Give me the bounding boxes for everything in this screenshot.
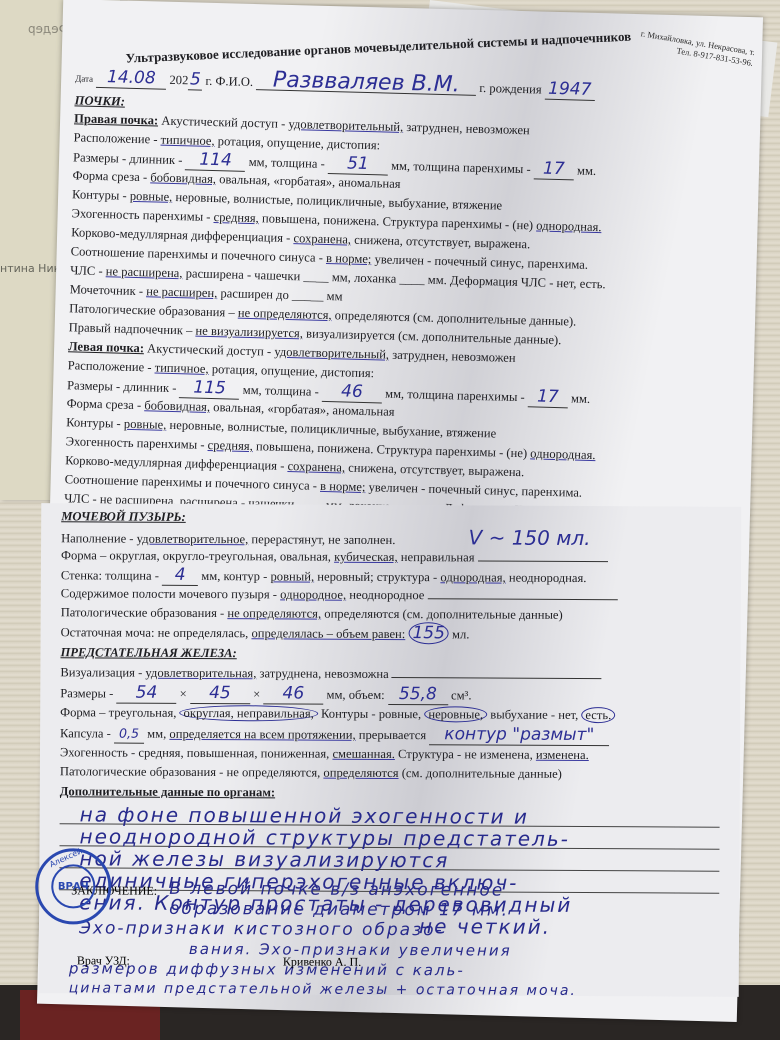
prostate-sizes: Размеры - 54 × 45 × 46 мм, объем: 55,8 с… bbox=[60, 683, 471, 705]
structure-selected[interactable]: изменена. bbox=[536, 748, 589, 762]
volume-field[interactable]: 55,8 bbox=[388, 685, 448, 706]
prostate-shape: Форма – треугольная, округлая, неправиль… bbox=[60, 703, 615, 725]
size-a-field[interactable]: 54 bbox=[116, 684, 176, 705]
form-title: Ультразвуковое исследование органов моче… bbox=[125, 27, 631, 68]
label: выбухание - нет, bbox=[490, 708, 578, 722]
label: Корково-медуллярная дифференциация - bbox=[71, 225, 291, 245]
structure-option[interactable]: однородная, bbox=[440, 570, 505, 584]
additional-heading: Дополнительные данные по органам: bbox=[60, 782, 275, 802]
options: овальная, «горбатая», аномальная bbox=[219, 172, 401, 191]
parenchyma-field[interactable]: 17 bbox=[534, 159, 575, 180]
selected-option[interactable]: типичное, bbox=[160, 133, 214, 148]
selected-option[interactable]: определяются bbox=[323, 766, 398, 780]
selected-option[interactable]: не расширена, bbox=[106, 264, 183, 280]
times: × bbox=[253, 687, 260, 701]
label: Структура - не изменена, bbox=[398, 747, 533, 762]
doctor-name: Кривенко А. П. bbox=[283, 954, 361, 968]
conclusion-line[interactable]: цинатами предстательной железы + остаточ… bbox=[69, 977, 719, 1002]
label: Размеры - длинник - bbox=[67, 378, 177, 395]
label: мм. bbox=[577, 164, 596, 178]
structure-option[interactable]: однородная. bbox=[530, 446, 596, 462]
selected-option[interactable]: типичное, bbox=[154, 361, 208, 376]
date-name-line: Дата 14.08 2025 г. Ф.И.О. Развваляев В.М… bbox=[75, 65, 595, 102]
label: Наполнение - bbox=[61, 531, 133, 545]
capsule-field[interactable]: 0,5 bbox=[114, 724, 144, 744]
label: мм, толщина - bbox=[243, 383, 319, 399]
year-prefix: 202 bbox=[169, 73, 188, 87]
options: снижена, отсутствует, выражена. bbox=[348, 461, 524, 480]
label: мм, контур - bbox=[201, 569, 267, 583]
options: неоднородная. bbox=[509, 571, 587, 585]
parenchyma-field[interactable]: 17 bbox=[528, 387, 569, 408]
label: Содержимое полости мочевого пузыря - bbox=[61, 586, 277, 601]
options: затруднен, невозможен bbox=[406, 120, 530, 137]
label: мм, bbox=[147, 727, 166, 741]
label: ЧЛС - bbox=[70, 263, 103, 278]
fio-label: г. Ф.И.О. bbox=[205, 74, 253, 89]
label: Патологические образования - не определя… bbox=[60, 764, 320, 779]
label: Эхогенность - средняя, повышенная, пониж… bbox=[60, 745, 329, 760]
shape-selected[interactable]: округлая, неправильная, bbox=[180, 705, 318, 722]
label: неровный; структура - bbox=[317, 570, 437, 585]
label: Размеры - bbox=[60, 686, 113, 700]
selected-option[interactable]: бобовидная, bbox=[150, 170, 216, 186]
selected-option[interactable]: удовлетворительный, bbox=[274, 345, 389, 362]
selected-option[interactable]: не определяются, bbox=[238, 306, 332, 322]
options: неоднородное bbox=[349, 588, 424, 602]
label: Эхогенность паренхимы - bbox=[66, 434, 205, 452]
label: мм. bbox=[571, 391, 590, 405]
label: Корково-медуллярная дифференциация - bbox=[65, 453, 285, 473]
selected-option[interactable]: сохранена, bbox=[287, 459, 345, 475]
form-lower: МОЧЕВОЙ ПУЗЫРЬ: Наполнение - удовлетвори… bbox=[39, 503, 742, 997]
bladder-residual: Остаточная моча: не определялась, опреде… bbox=[61, 622, 470, 644]
label: Форма среза - bbox=[67, 396, 142, 412]
size-c-field[interactable]: 46 bbox=[263, 684, 323, 705]
doctor-line: Врач УЗД: Кривенко А. П. bbox=[77, 953, 361, 969]
selected-option[interactable]: смешанная. bbox=[332, 747, 395, 761]
birth-year-field[interactable]: 1947 bbox=[545, 80, 596, 102]
options: расширен до _____ мм bbox=[220, 286, 342, 303]
selected-option[interactable]: удовлетворительный, bbox=[288, 117, 403, 134]
label: Контуры - bbox=[72, 187, 127, 202]
year-field[interactable]: 5 bbox=[188, 70, 203, 91]
label: Патологические образования - bbox=[61, 605, 225, 620]
label: мм, толщина паренхимы - bbox=[391, 159, 531, 177]
options: увеличен - почечный синус, паренхима. bbox=[368, 480, 582, 500]
right-kidney-heading: Правая почка: bbox=[74, 111, 158, 127]
options: (см. дополнительные данные) bbox=[402, 766, 562, 781]
residual-volume-field[interactable]: 155 bbox=[408, 622, 449, 644]
additional-notes[interactable]: на фоне повышенной эхогенности и неоднор… bbox=[60, 803, 720, 806]
selected-option[interactable]: не расширен, bbox=[146, 284, 218, 300]
selected-option[interactable]: удовлетворительная, bbox=[145, 666, 256, 681]
options: затруднена, невозможна bbox=[260, 666, 389, 681]
selected-option[interactable]: ровные, bbox=[130, 189, 173, 204]
label: Контуры - bbox=[66, 415, 121, 430]
doctor-stamp: Алексей ВРАЧ bbox=[35, 848, 111, 924]
options: определяются (см. дополнительные данные) bbox=[324, 607, 563, 622]
selected-option[interactable]: в норме; bbox=[326, 251, 372, 266]
structure-option[interactable]: однородная. bbox=[536, 218, 602, 234]
options: ротация, опущение, дистопия: bbox=[212, 362, 375, 380]
selected-option[interactable]: кубическая, bbox=[334, 550, 398, 564]
selected-option[interactable]: не определяются, bbox=[227, 606, 321, 620]
selected-option[interactable]: определяется на всем протяжении, bbox=[169, 727, 355, 742]
selected-option[interactable]: в норме; bbox=[320, 479, 366, 494]
label: Мочеточник - bbox=[69, 282, 143, 298]
label: Акустический доступ - bbox=[147, 341, 271, 358]
selected-option[interactable]: однородное, bbox=[280, 587, 346, 601]
size-b-field[interactable]: 45 bbox=[190, 684, 250, 705]
selected-option[interactable]: не визуализируется, bbox=[195, 324, 303, 341]
unit: мл. bbox=[452, 627, 469, 641]
options: перерастянут, не заполнен. bbox=[251, 532, 395, 547]
label: Визуализация - bbox=[60, 665, 142, 679]
wall-thickness-field[interactable]: 4 bbox=[162, 566, 198, 586]
doctor-label: Врач УЗД: bbox=[77, 953, 130, 967]
options: увеличен - почечный синус, паренхима. bbox=[374, 252, 588, 272]
clinic-address: г. Михайловка, ул. Некрасова, т. Тел. 8-… bbox=[638, 28, 756, 69]
contour-option[interactable]: ровный, bbox=[270, 569, 314, 583]
bladder-heading: МОЧЕВОЙ ПУЗЫРЬ: bbox=[61, 507, 186, 527]
label: Контуры - ровные, bbox=[321, 707, 421, 722]
label: мм, объем: bbox=[326, 688, 384, 702]
date-field[interactable]: 14.08 bbox=[96, 68, 167, 90]
options: овальная, «горбатая», аномальная bbox=[213, 400, 395, 419]
label: Расположение - bbox=[73, 130, 157, 146]
selected-option[interactable]: сохранена, bbox=[293, 231, 351, 247]
selected-option[interactable]: средняя, bbox=[207, 438, 253, 453]
stamp-role: ВРАЧ bbox=[51, 864, 95, 908]
options: прерывается bbox=[359, 728, 426, 742]
unit: см³. bbox=[451, 688, 472, 702]
label: Эхогенность паренхимы - bbox=[71, 206, 210, 224]
bulge-selected[interactable]: есть. bbox=[581, 707, 615, 723]
prostate-heading: ПРЕДСТАТЕЛЬНАЯ ЖЕЛЕЗА: bbox=[60, 643, 236, 663]
date-label: Дата bbox=[75, 73, 93, 83]
label: Размеры - длинник - bbox=[73, 150, 183, 167]
label: Патологические образования – bbox=[69, 301, 235, 319]
blank-line[interactable] bbox=[478, 560, 608, 562]
selected-option[interactable]: средняя, bbox=[213, 210, 259, 225]
capsule-note[interactable]: контур "размыт" bbox=[429, 725, 609, 746]
selected-option[interactable]: определялась – объем равен: bbox=[251, 626, 405, 641]
selected-option[interactable]: бобовидная, bbox=[144, 398, 210, 414]
left-kidney-heading: Левая почка: bbox=[68, 339, 144, 355]
label: Форма среза - bbox=[72, 168, 147, 184]
contour-selected[interactable]: неровные, bbox=[424, 706, 487, 722]
options: неправильная bbox=[401, 550, 475, 564]
label: Расположение - bbox=[68, 358, 152, 374]
label: Капсула - bbox=[60, 726, 111, 740]
prostate-pathology: Патологические образования - не определя… bbox=[60, 762, 562, 784]
options: ротация, опущение, дистопия: bbox=[218, 134, 381, 152]
blank-line[interactable] bbox=[392, 677, 602, 679]
label: Остаточная моча: не определялась, bbox=[61, 625, 249, 640]
label: Стенка: толщина - bbox=[61, 568, 159, 583]
birth-label: г. рождения bbox=[479, 81, 542, 97]
label: мм, толщина - bbox=[249, 155, 325, 171]
times: × bbox=[180, 687, 187, 701]
label: Форма – треугольная, bbox=[60, 705, 176, 720]
label: Форма – округлая, округло-треугольная, о… bbox=[61, 548, 331, 563]
label: Правый надпочечник – bbox=[68, 320, 192, 337]
label: мм, толщина паренхимы - bbox=[385, 387, 525, 405]
selected-option[interactable]: удовлетворительное, bbox=[137, 532, 249, 547]
options: затруднен, невозможен bbox=[392, 348, 516, 365]
options: снижена, отсутствует, выражена. bbox=[354, 233, 530, 252]
label: Акустический доступ - bbox=[161, 114, 285, 131]
selected-option[interactable]: ровные, bbox=[124, 417, 167, 432]
patient-name-field[interactable]: Развваляев В.М. bbox=[256, 70, 476, 96]
volume-note[interactable]: V ~ 150 мл. bbox=[469, 525, 591, 550]
blank-line[interactable] bbox=[428, 598, 618, 600]
